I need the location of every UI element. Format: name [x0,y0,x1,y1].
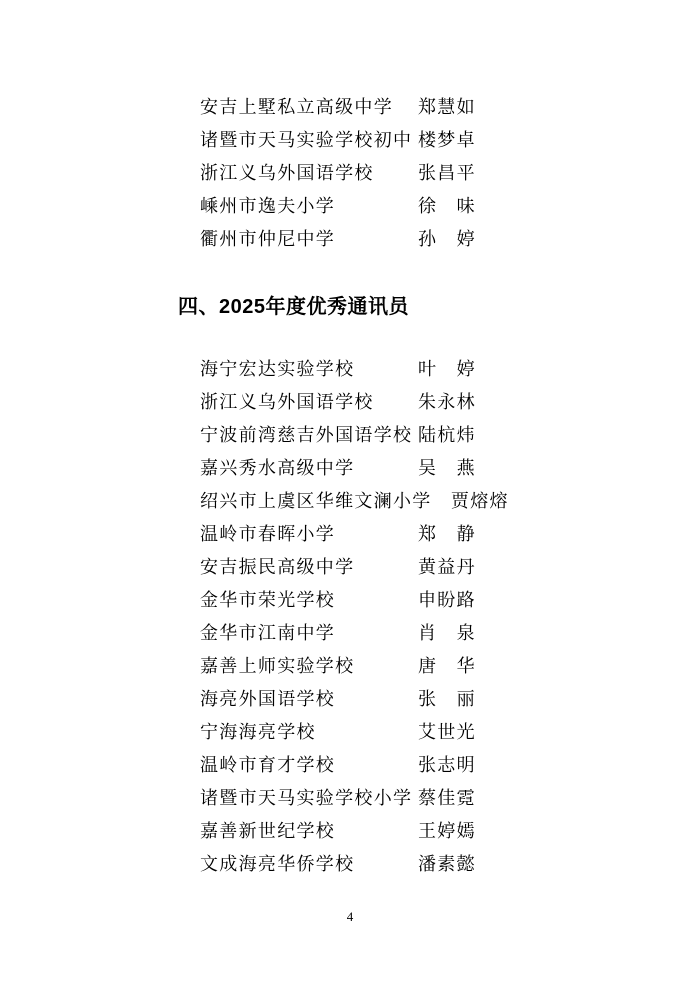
school-name: 诸暨市天马实验学校初中 [200,126,418,152]
list-row: 浙江义乌外国语学校 张昌平 [200,155,476,188]
recipient-name: 蔡佳霓 [418,784,476,810]
list-row: 海宁宏达实验学校 叶 婷 [200,351,509,384]
recipient-name: 唐 华 [418,652,476,678]
list-row: 诸暨市天马实验学校小学 蔡佳霓 [200,780,509,813]
school-name: 嘉善上师实验学校 [200,652,418,678]
list-row: 文成海亮华侨学校 潘素懿 [200,846,509,879]
page-number: 4 [0,909,700,925]
recipient-name: 吴 燕 [418,454,476,480]
recipient-name: 申盼路 [418,586,476,612]
list-row: 衢州市仲尼中学 孙 婷 [200,221,476,254]
school-name: 宁海海亮学校 [200,718,418,744]
list-row: 嘉善上师实验学校 唐 华 [200,648,509,681]
recipient-name: 郑 静 [418,520,476,546]
recipient-name: 徐 味 [418,192,476,218]
list-row: 嘉兴秀水高级中学 吴 燕 [200,450,509,483]
list-row: 绍兴市上虞区华维文澜小学 贾熔熔 [200,483,509,516]
list-row: 金华市荣光学校 申盼路 [200,582,509,615]
document-page: 安吉上墅私立高级中学 郑慧如 诸暨市天马实验学校初中 楼梦卓 浙江义乌外国语学校… [0,0,700,989]
list-row: 宁海海亮学校 艾世光 [200,714,509,747]
school-name: 绍兴市上虞区华维文澜小学 [200,487,451,513]
recipient-name: 潘素懿 [418,850,476,876]
school-name: 文成海亮华侨学校 [200,850,418,876]
recipient-name: 陆杭炜 [418,421,476,447]
school-name: 衢州市仲尼中学 [200,225,418,251]
list-row: 安吉振民高级中学 黄益丹 [200,549,509,582]
school-name: 安吉上墅私立高级中学 [200,93,418,119]
list-row: 金华市江南中学 肖 泉 [200,615,509,648]
school-name: 浙江义乌外国语学校 [200,388,418,414]
list-row: 海亮外国语学校 张 丽 [200,681,509,714]
recipient-name: 贾熔熔 [451,487,509,513]
school-name: 海亮外国语学校 [200,685,418,711]
school-name: 浙江义乌外国语学校 [200,159,418,185]
list-row: 嘉善新世纪学校 王婷嫣 [200,813,509,846]
recipient-name: 张昌平 [418,159,476,185]
school-name: 温岭市育才学校 [200,751,418,777]
school-name: 金华市江南中学 [200,619,418,645]
school-name: 宁波前湾慈吉外国语学校 [200,421,418,447]
recipient-name: 王婷嫣 [418,817,476,843]
recipient-name: 黄益丹 [418,553,476,579]
continued-award-list: 安吉上墅私立高级中学 郑慧如 诸暨市天马实验学校初中 楼梦卓 浙江义乌外国语学校… [200,89,476,254]
school-name: 嘉兴秀水高级中学 [200,454,418,480]
list-row: 温岭市春晖小学 郑 静 [200,516,509,549]
list-row: 嵊州市逸夫小学 徐 味 [200,188,476,221]
school-name: 安吉振民高级中学 [200,553,418,579]
list-row: 浙江义乌外国语学校 朱永林 [200,384,509,417]
school-name: 海宁宏达实验学校 [200,355,418,381]
recipient-name: 楼梦卓 [418,126,476,152]
recipient-name: 艾世光 [418,718,476,744]
award-list: 海宁宏达实验学校 叶 婷 浙江义乌外国语学校 朱永林 宁波前湾慈吉外国语学校 陆… [200,351,509,879]
school-name: 嵊州市逸夫小学 [200,192,418,218]
recipient-name: 张志明 [418,751,476,777]
recipient-name: 张 丽 [418,685,476,711]
recipient-name: 叶 婷 [418,355,476,381]
list-row: 宁波前湾慈吉外国语学校 陆杭炜 [200,417,509,450]
list-row: 温岭市育才学校 张志明 [200,747,509,780]
recipient-name: 朱永林 [418,388,476,414]
recipient-name: 孙 婷 [418,225,476,251]
school-name: 诸暨市天马实验学校小学 [200,784,418,810]
recipient-name: 郑慧如 [418,93,476,119]
school-name: 温岭市春晖小学 [200,520,418,546]
recipient-name: 肖 泉 [418,619,476,645]
list-row: 诸暨市天马实验学校初中 楼梦卓 [200,122,476,155]
list-row: 安吉上墅私立高级中学 郑慧如 [200,89,476,122]
school-name: 金华市荣光学校 [200,586,418,612]
section-heading: 四、2025年度优秀通讯员 [178,290,409,319]
school-name: 嘉善新世纪学校 [200,817,418,843]
